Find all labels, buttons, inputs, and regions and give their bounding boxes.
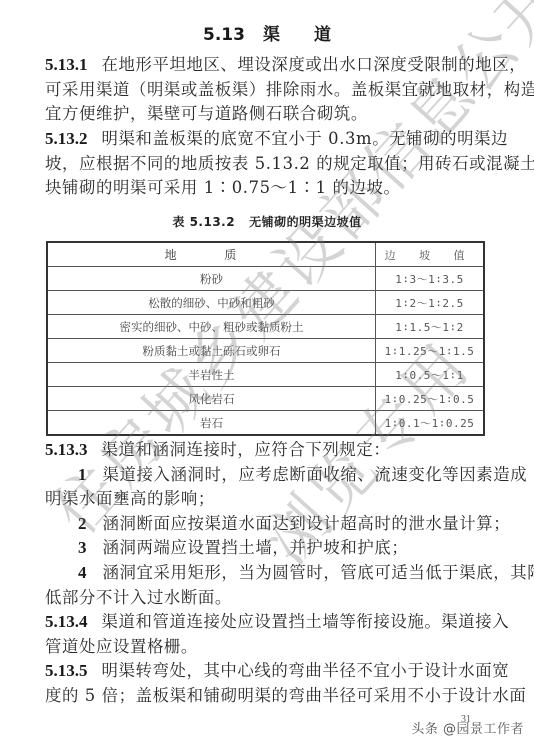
slope-table: 地 质 边 坡 值 粉砂 1∶3～1∶3.5 松散的细砂、中砂和粗砂 1∶2～1… xyxy=(46,241,485,436)
section-title-char-2: 道 xyxy=(314,25,331,45)
table-cell-geology: 松散的细砂、中砂和粗砂 xyxy=(47,291,376,315)
clause-number: 5.13.3 xyxy=(45,440,88,459)
table-cell-geology: 粉砂 xyxy=(47,267,376,291)
table-cell-slope: 1∶3～1∶3.5 xyxy=(376,267,485,291)
table-cell-slope: 1∶2～1∶2.5 xyxy=(376,291,485,315)
clause-line: 5.13.2明渠和盖板渠的底宽不宜小于 0.3m。无铺砌的明渠边 xyxy=(45,127,485,152)
table-header-row: 地 质 边 坡 值 xyxy=(47,242,484,267)
clause-5-13-5: 5.13.5明渠转弯处，其中心线的弯曲半径不宜小于设计水面宽 度的 5 倍；盖板… xyxy=(45,659,485,708)
list-item-1: 1渠道接入涵洞时，应考虑断面收缩、流速变化等因素造成 xyxy=(45,463,485,488)
clause-number: 5.13.5 xyxy=(45,661,88,680)
table-cell-geology: 风化岩石 xyxy=(47,387,376,411)
table-caption-number: 表 5.13.2 xyxy=(172,215,235,229)
table-header-slope: 边 坡 值 xyxy=(376,242,485,267)
table-row: 岩石 1∶0.1～1∶0.25 xyxy=(47,411,484,436)
list-item-2: 2涵洞断面应按渠道水面达到设计超高时的泄水量计算； xyxy=(45,512,485,537)
table-cell-slope: 1∶1.25～1∶1.5 xyxy=(376,339,485,363)
clause-5-13-2: 5.13.2明渠和盖板渠的底宽不宜小于 0.3m。无铺砌的明渠边 坡，应根据不同… xyxy=(45,127,485,201)
clause-line: 宜方便维护，渠壁可与道路侧石联合砌筑。 xyxy=(45,102,485,127)
section-title: 5.13渠道 xyxy=(0,20,534,45)
table-caption: 表 5.13.2无铺砌的明渠边坡值 xyxy=(0,213,534,230)
clause-line: 管道处应设置格栅。 xyxy=(45,635,485,660)
table-cell-geology: 粉质黏土或黏土砾石或卵石 xyxy=(47,339,376,363)
clause-number: 5.13.1 xyxy=(45,55,88,74)
table-cell-geology: 半岩性土 xyxy=(47,363,376,387)
clause-line: 5.13.4渠道和管道连接处应设置挡土墙等衔接设施。渠道接入 xyxy=(45,610,485,635)
table-row: 风化岩石 1∶0.25～1∶0.5 xyxy=(47,387,484,411)
table-row: 半岩性土 1∶0.5～1∶1 xyxy=(47,363,484,387)
table-cell-slope: 1∶0.1～1∶0.25 xyxy=(376,411,485,436)
table-cell-geology: 密实的细砂、中砂、粗砂或黏质粉土 xyxy=(47,315,376,339)
clause-line: 坡，应根据不同的地质按表 5.13.2 的规定取值；用砖石或混凝土 xyxy=(45,152,485,177)
list-item-4: 4涵洞宜采用矩形，当为圆管时，管底可适当低于渠底，其降 xyxy=(45,561,485,586)
table-cell-slope: 1∶0.5～1∶1 xyxy=(376,363,485,387)
clause-line: 5.13.3渠道和涵洞连接时，应符合下列规定： xyxy=(45,438,485,463)
table-cell-slope: 1∶0.25～1∶0.5 xyxy=(376,387,485,411)
document-page: 5.13渠道 5.13.1在地形平坦地区、埋设深度或出水口深度受限制的地区， 可… xyxy=(0,0,534,747)
clause-5-13-1: 5.13.1在地形平坦地区、埋设深度或出水口深度受限制的地区， 可采用渠道（明渠… xyxy=(45,53,485,127)
table-row: 松散的细砂、中砂和粗砂 1∶2～1∶2.5 xyxy=(47,291,484,315)
table-row: 密实的细砂、中砂、粗砂或黏质粉土 1∶1.5～1∶2 xyxy=(47,315,484,339)
table-cell-geology: 岩石 xyxy=(47,411,376,436)
section-title-char-1: 渠 xyxy=(263,25,280,45)
table-header-geology: 地 质 xyxy=(47,242,376,267)
clause-number: 5.13.4 xyxy=(45,612,88,631)
list-item-4-cont: 低部分不计入过水断面。 xyxy=(45,586,485,611)
table-cell-slope: 1∶1.5～1∶2 xyxy=(376,315,485,339)
clause-5-13-4: 5.13.4渠道和管道连接处应设置挡土墙等衔接设施。渠道接入 管道处应设置格栅。 xyxy=(45,610,485,659)
clause-line: 可采用渠道（明渠或盖板渠）排除雨水。盖板渠宜就地取材，构造 xyxy=(45,78,485,103)
item-number: 2 xyxy=(78,514,87,533)
section-number: 5.13 xyxy=(203,25,245,45)
item-number: 3 xyxy=(78,538,87,557)
table-row: 粉砂 1∶3～1∶3.5 xyxy=(47,267,484,291)
item-number: 4 xyxy=(78,563,87,582)
clause-line: 5.13.1在地形平坦地区、埋设深度或出水口深度受限制的地区， xyxy=(45,53,485,78)
clause-line: 5.13.5明渠转弯处，其中心线的弯曲半径不宜小于设计水面宽 xyxy=(45,659,485,684)
clause-line: 度的 5 倍；盖板渠和铺砌明渠的弯曲半径可采用不小于设计水面 xyxy=(45,684,485,709)
list-item-3: 3涵洞两端应设置挡土墙，并护坡和护底； xyxy=(45,536,485,561)
clause-5-13-3: 5.13.3渠道和涵洞连接时，应符合下列规定： 1渠道接入涵洞时，应考虑断面收缩… xyxy=(45,438,485,610)
list-item-1-cont: 明渠水面壅高的影响； xyxy=(45,487,485,512)
table-row: 粉质黏土或黏土砾石或卵石 1∶1.25～1∶1.5 xyxy=(47,339,484,363)
table-caption-title: 无铺砌的明渠边坡值 xyxy=(249,215,362,229)
item-number: 1 xyxy=(78,465,87,484)
footer-watermark: 头条 @园景工作者 xyxy=(411,718,524,737)
clause-number: 5.13.2 xyxy=(45,129,88,148)
clause-line: 块铺砌的明渠可采用 1∶0.75～1∶1 的边坡。 xyxy=(45,176,485,201)
